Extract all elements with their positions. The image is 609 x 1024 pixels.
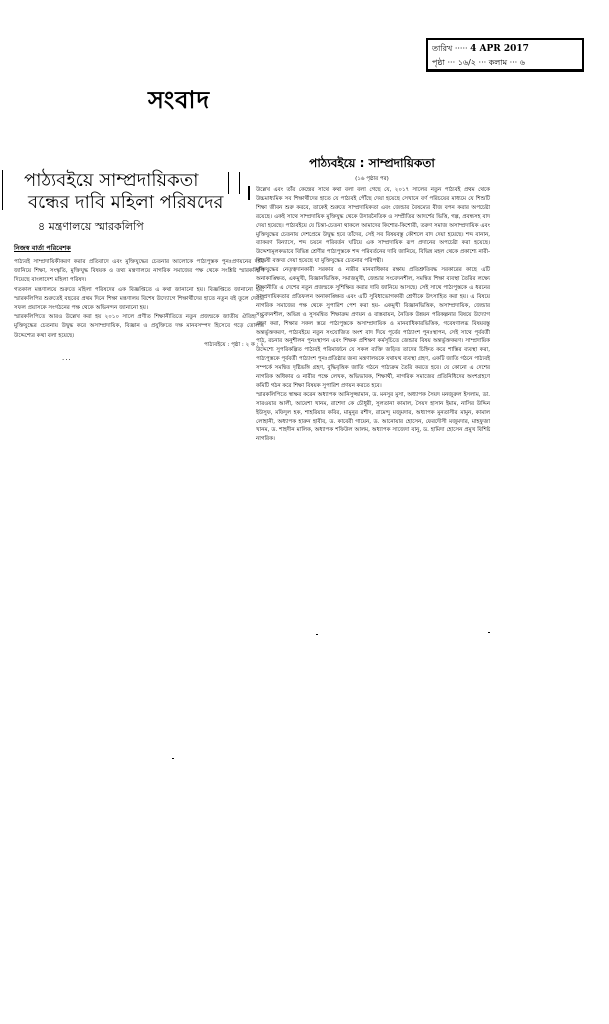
- stamp-column-label: কলাম: [489, 58, 507, 67]
- article-paragraph: উল্লেখ এবং তাঁর কেন্দ্রের সাথে কথা বলা ব…: [256, 186, 490, 266]
- article-paragraph: গতকাল মন্ত্রণালয়ে শুরুতে মহিলা পরিষদের …: [14, 286, 264, 314]
- stamp-dots: ·····: [455, 44, 470, 53]
- scan-speck: [316, 634, 318, 635]
- continued-body: উল্লেখ এবং তাঁর কেন্দ্রের সাথে কথা বলা ব…: [254, 186, 490, 444]
- end-marks: ...: [62, 354, 264, 362]
- margin-mark: [2, 170, 11, 210]
- article-byline: নিজস্ব বার্তা পরিবেশক: [14, 243, 264, 254]
- continuation-note: পাঠ্যবইয়ে : পৃষ্ঠা : ২ ক : ২: [14, 341, 264, 350]
- headline-line-2: বন্ধের দাবি মহিলা পরিষদের: [28, 192, 264, 214]
- stamp-page-value: ১৬/২: [458, 58, 476, 67]
- stamp-dots: ···: [479, 58, 489, 67]
- stamp-dots: ···: [510, 58, 520, 67]
- article-body: পাঠ্যবই সাম্প্রদায়িকীকরণ করার প্রতিবাদে…: [14, 258, 264, 350]
- article-headline: পাঠ্যবইয়ে সাম্প্রদায়িকতা বন্ধের দাবি ম…: [14, 170, 264, 214]
- archive-date-stamp: তারিখ ····· 4 APR 2017 পৃষ্ঠা ··· ১৬/২ ·…: [426, 38, 584, 72]
- scan-speck: [488, 632, 490, 633]
- front-page-article: পাঠ্যবইয়ে সাম্প্রদায়িকতা বন্ধের দাবি ম…: [14, 170, 264, 362]
- article-paragraph: পাঠ্যবই সাম্প্রদায়িকীকরণ করার প্রতিবাদে…: [14, 258, 264, 286]
- continued-article: পাঠ্যবইয়ে : সাম্প্রদায়িকতা (১৬ পৃষ্ঠার…: [254, 155, 490, 444]
- stamp-date-value: 4 APR 2017: [470, 44, 529, 54]
- stamp-page-label: পৃষ্ঠা: [432, 58, 445, 67]
- article-paragraph: স্মারকলিপিতে আরও উল্লেখ করা হয় ২০১০ সাল…: [14, 313, 264, 341]
- scan-speck: [172, 758, 174, 759]
- article-paragraph: স্মারকলিপিতে স্বাক্ষর করেন অধ্যাপক আনিসু…: [256, 391, 490, 444]
- continued-headline: পাঠ্যবইয়ে : সাম্প্রদায়িকতা: [254, 155, 490, 175]
- stamp-column-value: ৬: [520, 58, 525, 67]
- headline-line-1: পাঠ্যবইয়ে সাম্প্রদায়িকতা: [24, 170, 264, 192]
- continued-from-note: (১৬ পৃষ্ঠার পর): [254, 176, 490, 184]
- article-subheadline: ৪ মন্ত্রণালয়ে স্মারকলিপি: [38, 218, 264, 237]
- article-paragraph: মুক্তিযুদ্ধের নেতৃত্বদানকারী সরকার ও নার…: [256, 266, 490, 391]
- newspaper-masthead: সংবাদ: [148, 82, 210, 122]
- stamp-dots: ···: [448, 58, 458, 67]
- margin-mark: [248, 186, 250, 200]
- stamp-date-label: তারিখ: [432, 44, 452, 53]
- stamp-page-row: পৃষ্ঠা ··· ১৬/২ ··· কলাম ··· ৬: [432, 56, 578, 69]
- stamp-date-row: তারিখ ····· 4 APR 2017: [432, 42, 578, 56]
